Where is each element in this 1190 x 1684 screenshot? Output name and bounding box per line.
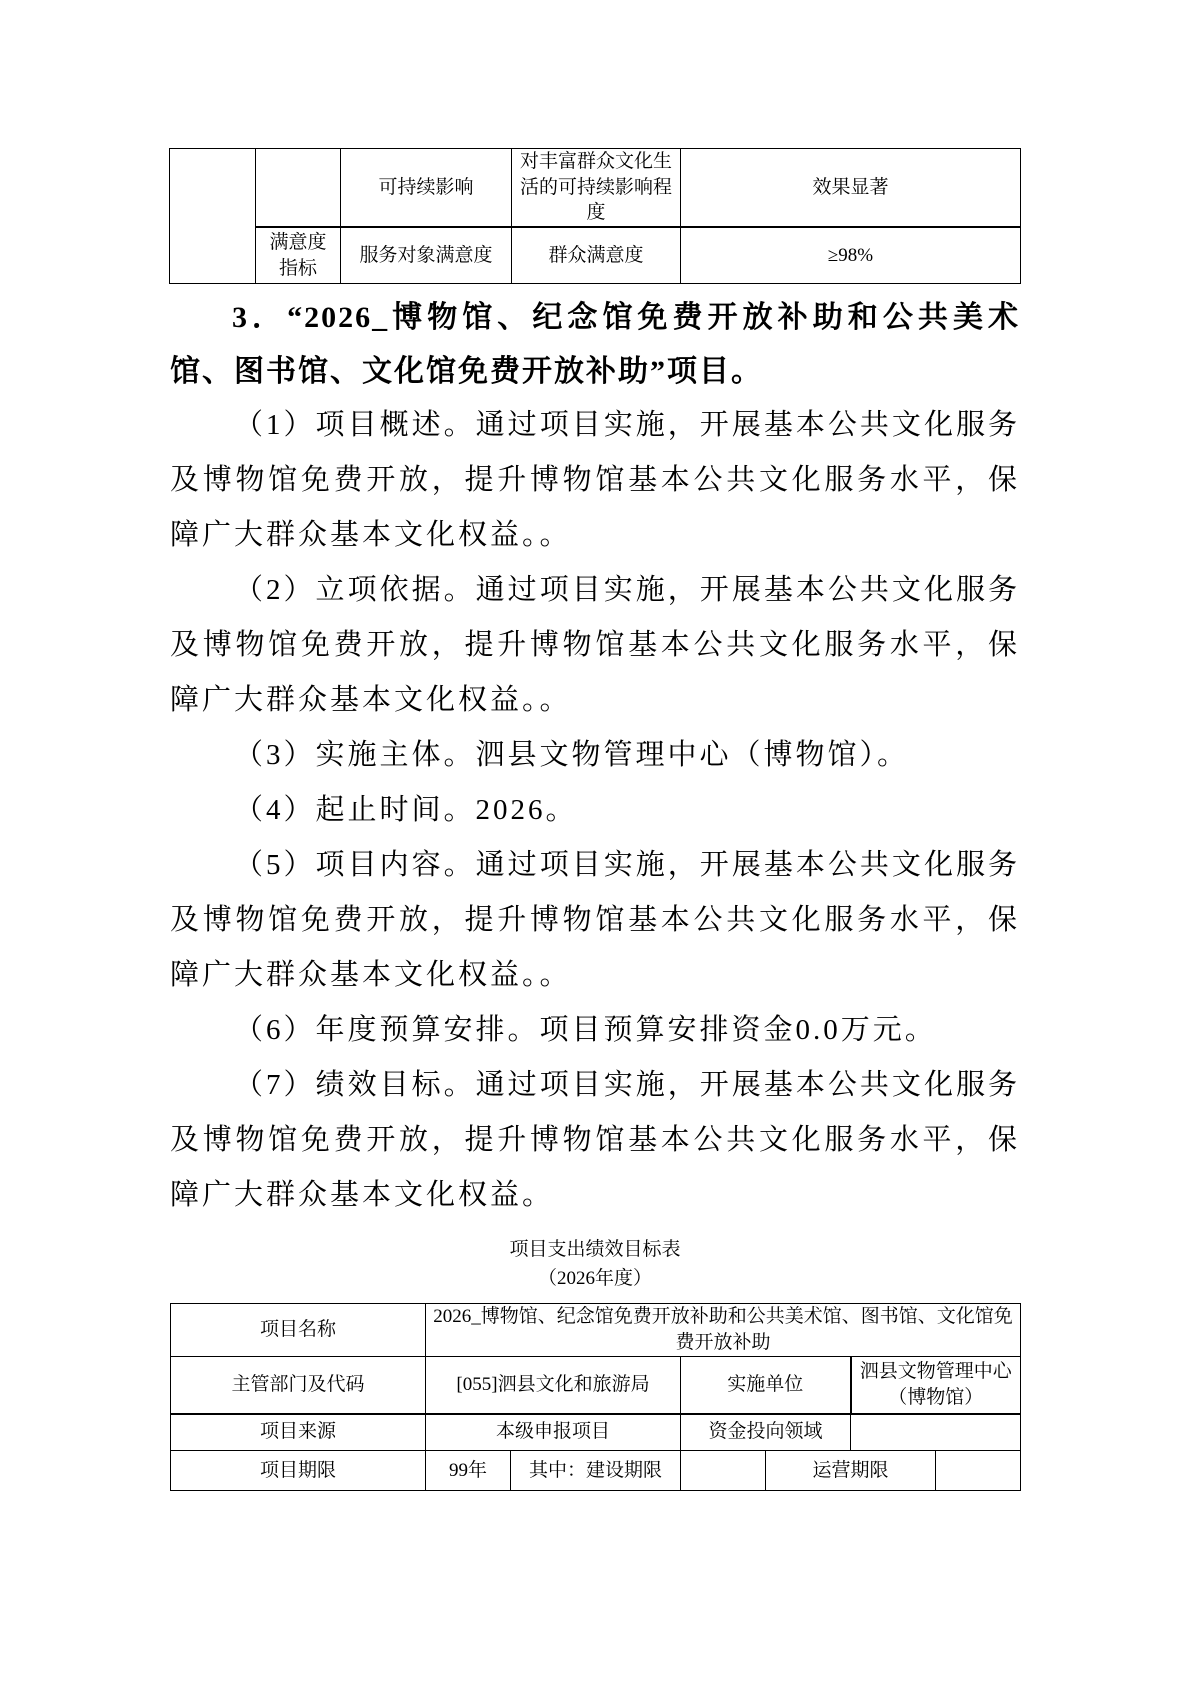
operate-label-cell: 运营期限: [766, 1451, 936, 1491]
project-name-value-cell: 2026_博物馆、纪念馆免费开放补助和公共美术馆、图书馆、文化馆免费开放补助: [426, 1304, 1021, 1357]
project-name-label-cell: 项目名称: [171, 1304, 426, 1357]
indicator-detail-cell: 群众满意度: [512, 227, 681, 284]
table-row: 满意度指标 服务对象满意度 群众满意度 ≥98%: [170, 227, 1021, 284]
paragraph-project-content: （5）项目内容。通过项目实施，开展基本公共文化服务及博物馆免费开放，提升博物馆基…: [170, 838, 1020, 1003]
paragraph-implementing-body: （3）实施主体。泗县文物管理中心（博物馆）。: [170, 728, 1020, 783]
paragraph-project-overview: （1）项目概述。通过项目实施，开展基本公共文化服务及博物馆免费开放，提升博物馆基…: [170, 398, 1020, 563]
paragraph-project-basis: （2）立项依据。通过项目实施，开展基本公共文化服务及博物馆免费开放，提升博物馆基…: [170, 563, 1020, 728]
fund-value-cell: [851, 1414, 1021, 1451]
indicator-table-continuation: 可持续影响 对丰富群众文化生活的可持续影响程度 效果显著 满意度指标 服务对象满…: [169, 148, 1021, 284]
table-row: 项目名称 2026_博物馆、纪念馆免费开放补助和公共美术馆、图书馆、文化馆免费开…: [171, 1304, 1021, 1357]
indicator-detail-cell: 对丰富群众文化生活的可持续影响程度: [512, 149, 681, 227]
table-row: 项目来源 本级申报项目 资金投向领域: [171, 1414, 1021, 1451]
operate-value-cell: [936, 1451, 1021, 1491]
indicator-target-cell: ≥98%: [681, 227, 1021, 284]
goal-table-title: 项目支出绩效目标表: [0, 1237, 1190, 1263]
source-value-cell: 本级申报项目: [426, 1414, 681, 1451]
build-value-cell: [681, 1451, 766, 1491]
period-label-cell: 项目期限: [171, 1451, 426, 1491]
dept-label-cell: 主管部门及代码: [171, 1357, 426, 1414]
paragraph-annual-budget: （6）年度预算安排。项目预算安排资金0.0万元。: [170, 1003, 1020, 1058]
goal-table: 项目名称 2026_博物馆、纪念馆免费开放补助和公共美术馆、图书馆、文化馆免费开…: [170, 1303, 1021, 1491]
indicator-subcategory-cell: 满意度指标: [256, 227, 341, 284]
indicator-subcategory-cell: [256, 149, 341, 227]
document-page: 可持续影响 对丰富群众文化生活的可持续影响程度 效果显著 满意度指标 服务对象满…: [0, 0, 1190, 1684]
dept-value-cell: [055]泗县文化和旅游局: [426, 1357, 681, 1414]
impl-value-cell: 泗县文物管理中心（博物馆）: [851, 1357, 1021, 1414]
impl-label-cell: 实施单位: [681, 1357, 851, 1414]
section-heading: 3．“2026_博物馆、纪念馆免费开放补助和公共美术馆、图书馆、文化馆免费开放补…: [170, 291, 1020, 399]
section-body: （1）项目概述。通过项目实施，开展基本公共文化服务及博物馆免费开放，提升博物馆基…: [170, 398, 1020, 1223]
indicator-target-cell: 效果显著: [681, 149, 1021, 227]
goal-table-year: （2026年度）: [0, 1266, 1190, 1292]
paragraph-performance-goal: （7）绩效目标。通过项目实施，开展基本公共文化服务及博物馆免费开放，提升博物馆基…: [170, 1058, 1020, 1223]
indicator-name-cell: 服务对象满意度: [341, 227, 512, 284]
table-row: 主管部门及代码 [055]泗县文化和旅游局 实施单位 泗县文物管理中心（博物馆）: [171, 1357, 1021, 1414]
indicator-category-stub-cell: [170, 149, 256, 284]
source-label-cell: 项目来源: [171, 1414, 426, 1451]
build-label-cell: 其中：建设期限: [511, 1451, 681, 1491]
table-row: 可持续影响 对丰富群众文化生活的可持续影响程度 效果显著: [170, 149, 1021, 227]
fund-label-cell: 资金投向领域: [681, 1414, 851, 1451]
indicator-name-cell: 可持续影响: [341, 149, 512, 227]
table-row: 项目期限 99年 其中：建设期限 运营期限: [171, 1451, 1021, 1491]
paragraph-time-span: （4）起止时间。2026。: [170, 783, 1020, 838]
period-value-cell: 99年: [426, 1451, 511, 1491]
